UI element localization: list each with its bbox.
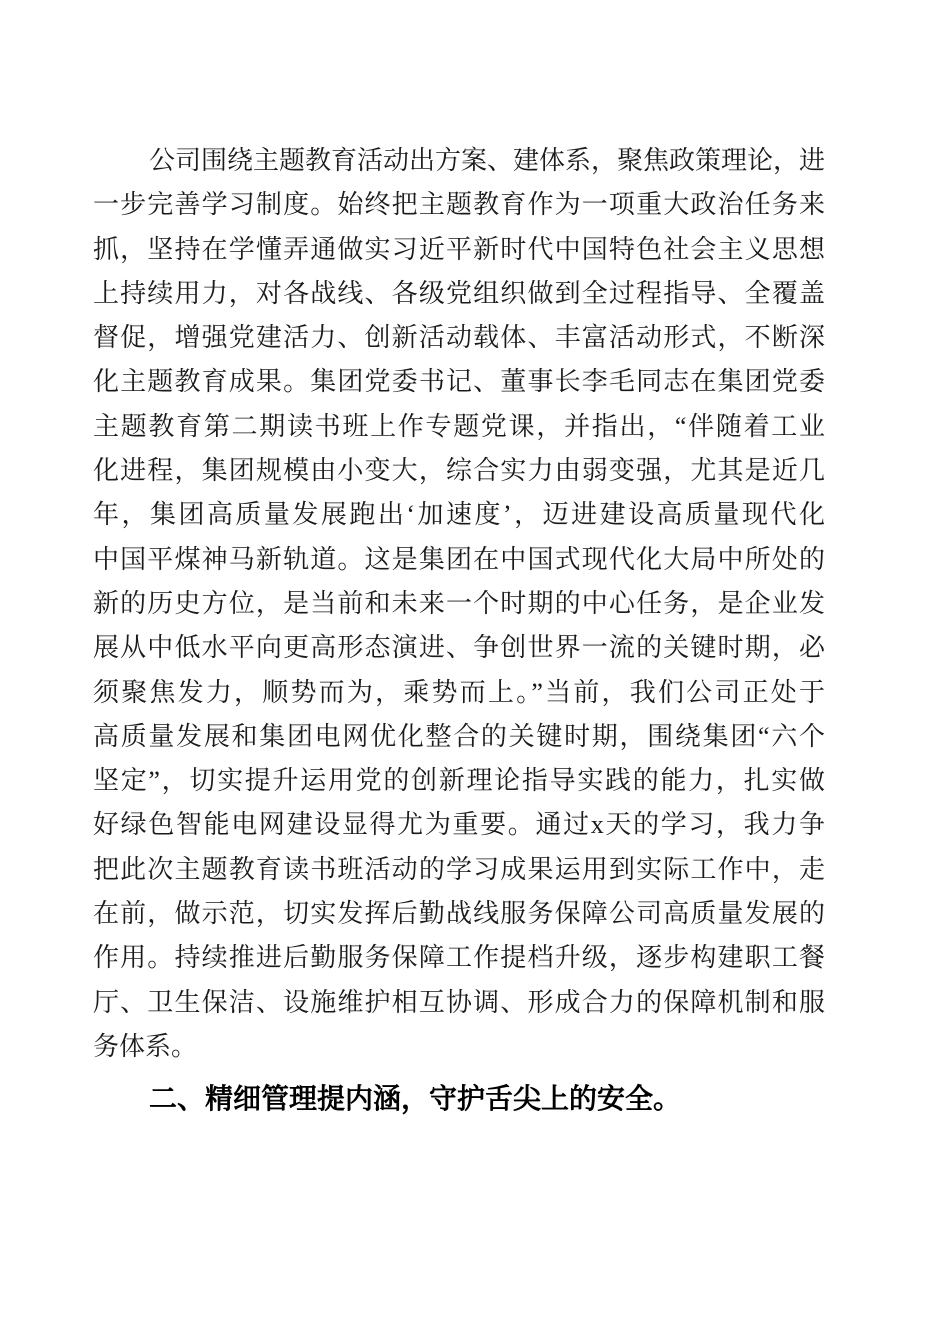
paragraph-line: 务体系。 xyxy=(93,1025,825,1069)
paragraph-line: 主题教育第二期读书班上作专题党课，并指出，“伴随着工业 xyxy=(93,405,825,449)
paragraph-line: 把此次主题教育读书班活动的学习成果运用到实际工作中，走 xyxy=(93,848,825,892)
paragraph-line: 好绿色智能电网建设显得尤为重要。通过x天的学习，我力争 xyxy=(93,803,825,847)
paragraph-line: 新的历史方位，是当前和未来一个时期的中心任务，是企业发 xyxy=(93,582,825,626)
paragraph-line: 督促，增强党建活力、创新活动载体、丰富活动形式，不断深 xyxy=(93,316,825,360)
paragraph-line: 一步完善学习制度。始终把主题教育作为一项重大政治任务来 xyxy=(93,183,825,227)
paragraph-line: 中国平煤神马新轨道。这是集团在中国式现代化大局中所处的 xyxy=(93,538,825,582)
paragraph-line: 在前，做示范，切实发挥后勤战线服务保障公司高质量发展的 xyxy=(93,892,825,936)
paragraph-line: 展从中低水平向更高形态演进、争创世界一流的关键时期，必 xyxy=(93,626,825,670)
paragraph-line: 抓，坚持在学懂弄通做实习近平新时代中国特色社会主义思想 xyxy=(93,228,825,272)
paragraph-line: 公司围绕主题教育活动出方案、建体系，聚焦政策理论，进 xyxy=(93,139,825,183)
paragraph-line: 须聚焦发力，顺势而为，乘势而上。”当前，我们公司正处于 xyxy=(93,671,825,715)
document-body: 公司围绕主题教育活动出方案、建体系，聚焦政策理论，进 一步完善学习制度。始终把主… xyxy=(93,139,825,1122)
paragraph-line: 上持续用力，对各战线、各级党组织做到全过程指导、全覆盖 xyxy=(93,272,825,316)
paragraph-line: 厅、卫生保洁、设施维护相互协调、形成合力的保障机制和服 xyxy=(93,981,825,1025)
section-heading: 二、精细管理提内涵，守护舌尖上的安全。 xyxy=(93,1077,825,1121)
paragraph-line: 年，集团高质量发展跑出‘加速度’，迈进建设高质量现代化 xyxy=(93,493,825,537)
paragraph-line: 化进程，集团规模由小变大，综合实力由弱变强，尤其是近几 xyxy=(93,449,825,493)
paragraph-line: 坚定”，切实提升运用党的创新理论指导实践的能力，扎实做 xyxy=(93,759,825,803)
paragraph: 公司围绕主题教育活动出方案、建体系，聚焦政策理论，进 一步完善学习制度。始终把主… xyxy=(93,139,825,1069)
paragraph-line: 作用。持续推进后勤服务保障工作提档升级，逐步构建职工餐 xyxy=(93,936,825,980)
paragraph-line: 高质量发展和集团电网优化整合的关键时期，围绕集团“六个 xyxy=(93,715,825,759)
paragraph-line: 化主题教育成果。集团党委书记、董事长李毛同志在集团党委 xyxy=(93,360,825,404)
